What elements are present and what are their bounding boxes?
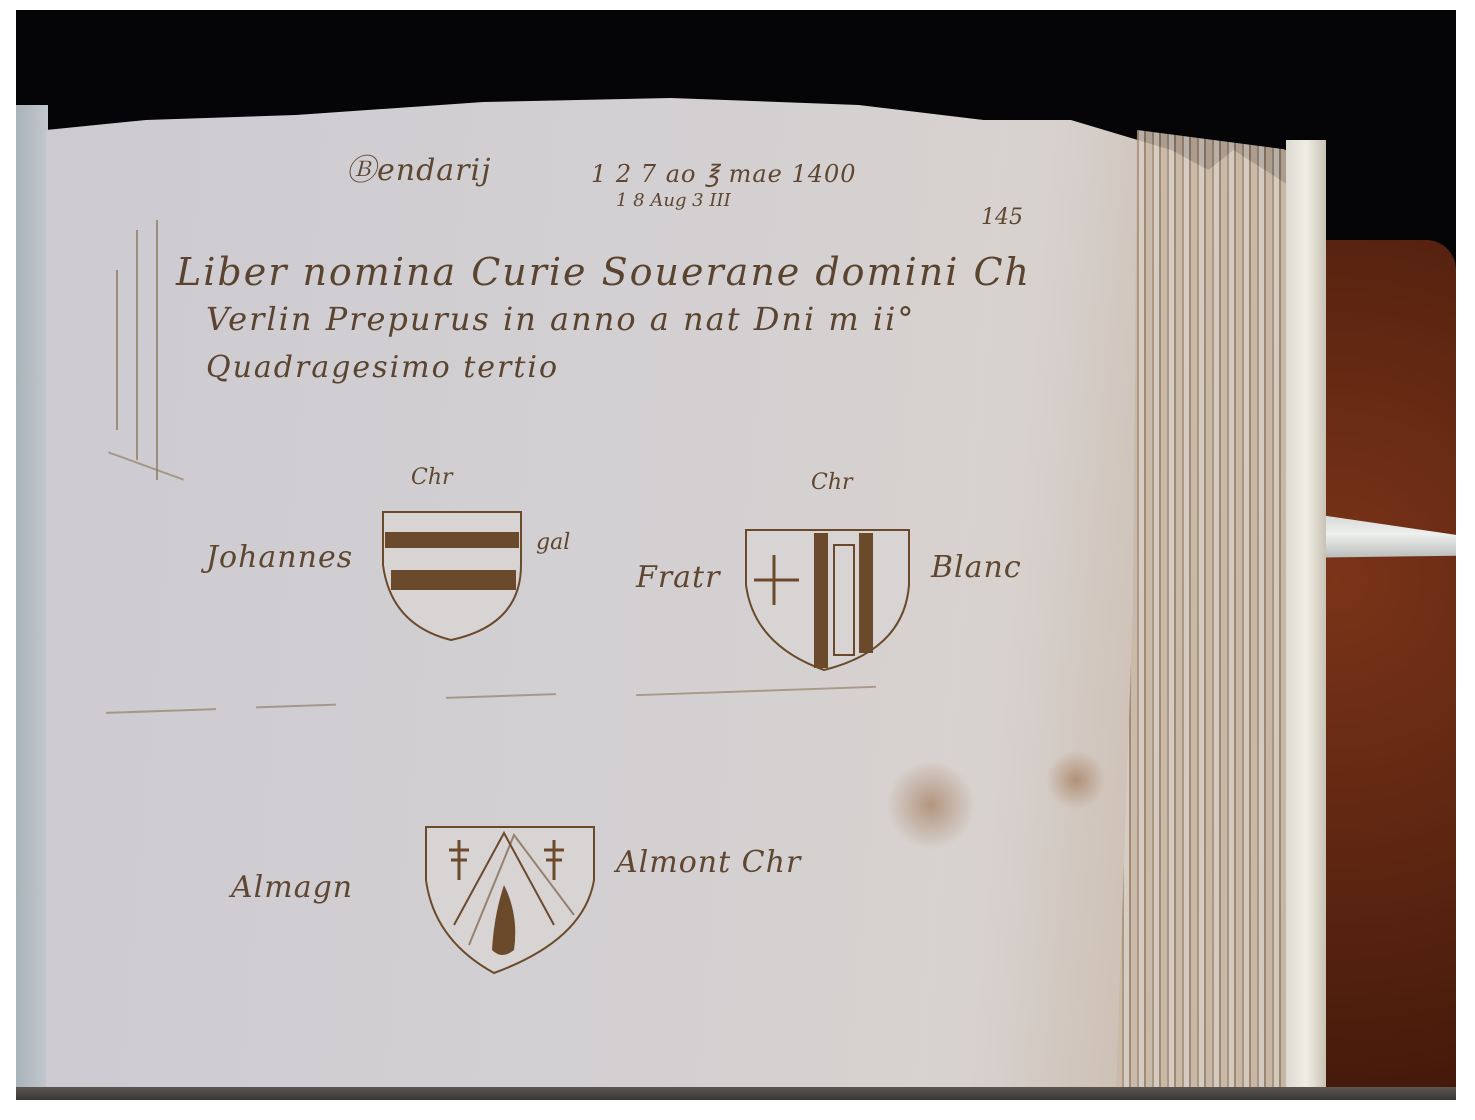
- left-page-edge: [16, 105, 48, 1100]
- shield-cross-pale-icon: [744, 525, 914, 675]
- text-line: Liber nomina Curie Souerane domini Ch: [176, 250, 1031, 294]
- arms-name-left: Almagn: [231, 870, 353, 905]
- margin-flourish: [136, 230, 138, 460]
- arms-name-left: Fratr: [636, 560, 720, 595]
- arms-name-right: gal: [536, 530, 570, 555]
- arms-label: Chr: [411, 465, 453, 490]
- arms-name-right: Almont Chr: [616, 845, 801, 880]
- shield-barry-icon: [381, 510, 526, 645]
- stain: [1046, 750, 1106, 810]
- arms-label: Chr: [811, 470, 853, 495]
- arms-name-right: Blanc: [931, 550, 1022, 585]
- photo-bottom-edge: [16, 1087, 1456, 1100]
- vellum-edge: [1286, 140, 1326, 1090]
- text-line: Quadragesimo tertio: [206, 350, 559, 385]
- manuscript-photo: Ⓑendarij 1 2 7 ao ℥ mae 1400 1 8 Aug 3 I…: [16, 10, 1456, 1100]
- stain: [886, 760, 976, 850]
- running-title: Ⓑendarij: [346, 145, 491, 189]
- margin-flourish: [156, 220, 158, 480]
- text-line: Verlin Prepurus in anno a nat Dni m ii°: [206, 300, 915, 338]
- shield-chevron-crosses-icon: [424, 825, 599, 975]
- folio-number: 145: [981, 205, 1023, 230]
- date-subline: 1 8 Aug 3 III: [616, 190, 731, 211]
- margin-flourish: [116, 270, 118, 430]
- arms-name-left: Johannes: [206, 540, 353, 575]
- date-line: 1 2 7 ao ℥ mae 1400: [591, 160, 857, 188]
